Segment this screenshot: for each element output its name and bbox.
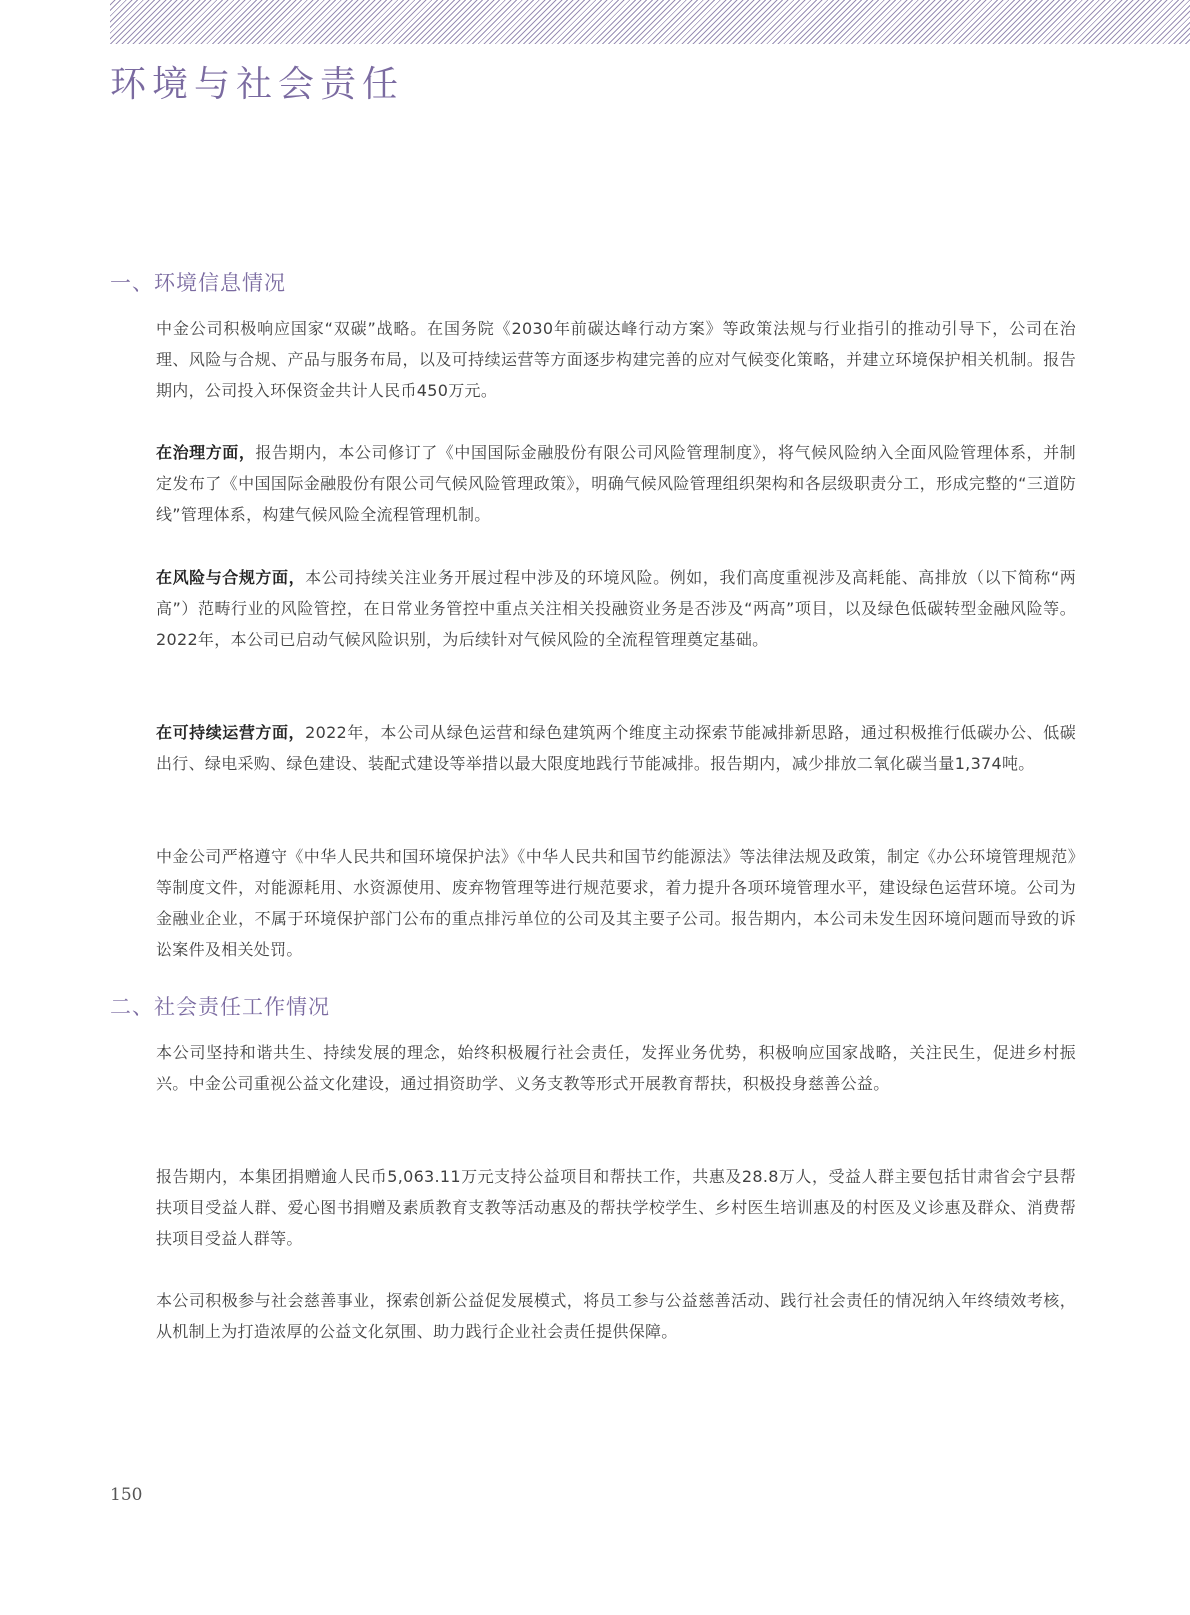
paragraph-governance: 在治理方面，报告期内，本公司修订了《中国国际金融股份有限公司风险管理制度》，将气… [156, 437, 1076, 530]
paragraph-social-intro: 本公司坚持和谐共生、持续发展的理念，始终积极履行社会责任，发挥业务优势，积极响应… [156, 1037, 1076, 1099]
section-heading-environment: 一、环境信息情况 [110, 268, 286, 298]
page-title: 环境与社会责任 [110, 58, 404, 112]
paragraph-risk-compliance: 在风险与合规方面，本公司持续关注业务开展过程中涉及的环境风险。例如，我们高度重视… [156, 562, 1076, 655]
paragraph-text: 本公司坚持和谐共生、持续发展的理念，始终积极履行社会责任，发挥业务优势，积极响应… [156, 1043, 1076, 1093]
paragraph-text: 报告期内，本公司修订了《中国国际金融股份有限公司风险管理制度》，将气候风险纳入全… [156, 443, 1076, 524]
paragraph-text: 报告期内，本集团捐赠逾人民币5,063.11万元支持公益项目和帮扶工作，共惠及2… [156, 1167, 1076, 1248]
paragraph-lead: 在可持续运营方面， [156, 723, 305, 742]
paragraph-text: 本公司积极参与社会慈善事业，探索创新公益促发展模式，将员工参与公益慈善活动、践行… [156, 1291, 1076, 1341]
paragraph-environment-intro: 中金公司积极响应国家“双碳”战略。在国务院《2030年前碳达峰行动方案》等政策法… [156, 313, 1076, 406]
paragraph-lead: 在风险与合规方面， [156, 568, 305, 587]
paragraph-sustainable-operations: 在可持续运营方面，2022年，本公司从绿色运营和绿色建筑两个维度主动探索节能减排… [156, 717, 1076, 779]
paragraph-text: 中金公司积极响应国家“双碳”战略。在国务院《2030年前碳达峰行动方案》等政策法… [156, 319, 1076, 400]
header-stripe-decoration [110, 0, 1190, 44]
paragraph-donations: 报告期内，本集团捐赠逾人民币5,063.11万元支持公益项目和帮扶工作，共惠及2… [156, 1161, 1076, 1254]
section-heading-social-responsibility: 二、社会责任工作情况 [110, 992, 330, 1022]
paragraph-environmental-compliance: 中金公司严格遵守《中华人民共和国环境保护法》《中华人民共和国节约能源法》等法律法… [156, 841, 1076, 965]
paragraph-lead: 在治理方面， [156, 443, 255, 462]
paragraph-charity-mechanism: 本公司积极参与社会慈善事业，探索创新公益促发展模式，将员工参与公益慈善活动、践行… [156, 1285, 1076, 1347]
paragraph-text: 中金公司严格遵守《中华人民共和国环境保护法》《中华人民共和国节约能源法》等法律法… [156, 847, 1076, 959]
page-number: 150 [110, 1485, 142, 1505]
